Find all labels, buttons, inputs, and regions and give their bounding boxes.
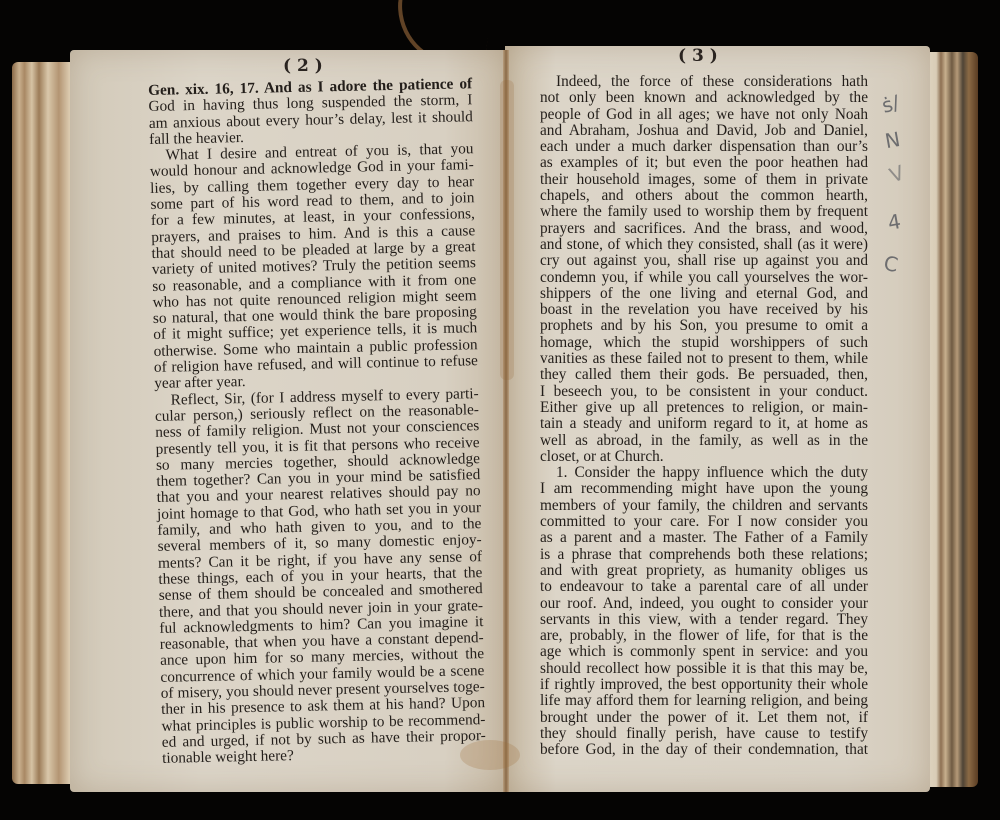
text-line: condemn you, if while you call yourselve… <box>540 270 868 286</box>
text-line: prophets and by his Son, you presume to … <box>540 318 868 334</box>
text-line: vanities as these failed not to present … <box>540 351 868 367</box>
text-line: each under a much darker dispensation th… <box>540 139 868 155</box>
text-line: and stone, of which they consisted, shal… <box>540 237 868 253</box>
text-line: Indeed, the force of these consideration… <box>540 74 868 90</box>
text-line: before God, in the day of their condemna… <box>540 742 868 758</box>
text-line: to endeavour to take a parental care of … <box>540 579 868 595</box>
text-line: and with great propriety, as humanity ob… <box>540 563 868 579</box>
text-line: closet, or at Church. <box>540 449 868 465</box>
text-line: shippers of the one living and eternal G… <box>540 286 868 302</box>
text-line: well as abroad, in the family, as well a… <box>540 433 868 449</box>
text-line: people of God in all ages; we have not o… <box>540 107 868 123</box>
text-line: is a phrase that comprehends both these … <box>540 547 868 563</box>
text-line: they called them their gods. Be persuade… <box>540 367 868 383</box>
right-page-text: Indeed, the force of these consideration… <box>540 74 868 758</box>
left-page-number: ( 2 ) <box>283 56 323 76</box>
text-line: brought under the power of it. Let them … <box>540 710 868 726</box>
text-line: where the family used to worship them by… <box>540 204 868 220</box>
text-line: servants in this view, with a tender reg… <box>540 612 868 628</box>
text-line: age which is commonly spent in service: … <box>540 644 868 660</box>
text-line: they should finally perish, have cause t… <box>540 726 868 742</box>
text-line: I am recommending might have upon the yo… <box>540 481 868 497</box>
text-line: prayers and sacrifices. And the brass, a… <box>540 221 868 237</box>
text-line: members of your family, the children and… <box>540 498 868 514</box>
text-line: 1. Consider the happy influence which th… <box>540 465 868 481</box>
text-line: should recollect how possible it is that… <box>540 661 868 677</box>
text-line: as a parent and a master. The Father of … <box>540 530 868 546</box>
text-line: if rightly improved, the best opportunit… <box>540 677 868 693</box>
text-line: cry out against you, shall rise up again… <box>540 253 868 269</box>
text-line: not only been known and acknowledged by … <box>540 90 868 106</box>
text-line: boast in the revelation you have receive… <box>540 302 868 318</box>
text-line: I beseech you, to be consistent in your … <box>540 384 868 400</box>
text-line: and Abraham, Joshua and David, Job and D… <box>540 123 868 139</box>
text-line: tain a steady and uniform regard to it, … <box>540 416 868 432</box>
text-line: Either give up all pretences to religion… <box>540 400 868 416</box>
text-line: chapels, and others about the common hea… <box>540 188 868 204</box>
right-page-number: ( 3 ) <box>678 46 718 66</box>
gutter-stain <box>500 80 514 380</box>
text-line: their household images, some of them in … <box>540 172 868 188</box>
text-line: our roof. And, indeed, you ought to cons… <box>540 596 868 612</box>
text-line: life may afford them for learning religi… <box>540 693 868 709</box>
text-line: are, probably, in the flower of life, fo… <box>540 628 868 644</box>
left-page-text: Gen. xix. 16, 17. And as I adore the pat… <box>148 76 486 767</box>
text-line: as examples of it; but even the poor hea… <box>540 155 868 171</box>
text-line: homage, which the stupid worshippers of … <box>540 335 868 351</box>
text-line: committed to your care. For I now consid… <box>540 514 868 530</box>
